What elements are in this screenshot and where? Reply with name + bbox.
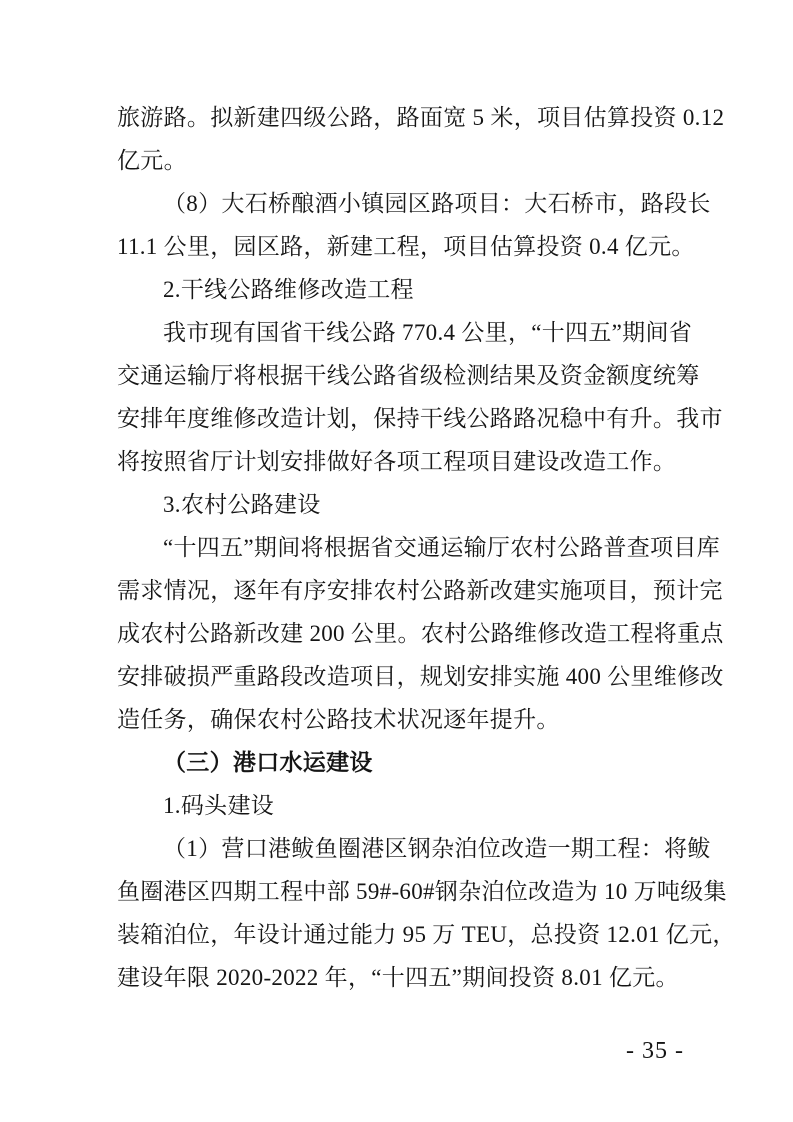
text-line: 建设年限 2020-2022 年，“十四五”期间投资 8.01 亿元。: [117, 956, 737, 999]
document-body: 旅游路。拟新建四级公路，路面宽 5 米，项目估算投资 0.12 亿元。 （8）大…: [117, 96, 737, 999]
text-line: 造任务，确保农村公路技术状况逐年提升。: [117, 698, 737, 741]
heading-rural-road-construction: 3.农村公路建设: [117, 483, 737, 526]
heading-wharf-construction: 1.码头建设: [117, 784, 737, 827]
heading-line: 1.码头建设: [117, 784, 737, 827]
paragraph-rural-road-construction: “十四五”期间将根据省交通运输厅农村公路普查项目库 需求情况，逐年有序安排农村公…: [117, 526, 737, 741]
text-line: 成农村公路新改建 200 公里。农村公路维修改造工程将重点: [117, 612, 737, 655]
heading-line: 2.干线公路维修改造工程: [117, 268, 737, 311]
text-line: “十四五”期间将根据省交通运输厅农村公路普查项目库: [117, 526, 737, 569]
paragraph-yingkou-port-berth-project: （1）营口港鲅鱼圈港区钢杂泊位改造一期工程：将鲅 鱼圈港区四期工程中部 59#-…: [117, 827, 737, 999]
text-line: （8）大石桥酿酒小镇园区路项目：大石桥市，路段长: [117, 182, 737, 225]
paragraph-dashiqiao-park-road-project: （8）大石桥酿酒小镇园区路项目：大石桥市，路段长 11.1 公里，园区路，新建工…: [117, 182, 737, 268]
text-line: 我市现有国省干线公路 770.4 公里，“十四五”期间省: [117, 311, 737, 354]
text-line: 11.1 公里，园区路，新建工程，项目估算投资 0.4 亿元。: [117, 225, 737, 268]
heading-line: （三）港口水运建设: [117, 741, 737, 784]
text-line: 安排年度维修改造计划，保持干线公路路况稳中有升。我市: [117, 397, 737, 440]
text-line: 亿元。: [117, 139, 737, 182]
text-line: 旅游路。拟新建四级公路，路面宽 5 米，项目估算投资 0.12: [117, 96, 737, 139]
heading-port-water-transport: （三）港口水运建设: [117, 741, 737, 784]
text-line: 安排破损严重路段改造项目，规划安排实施 400 公里维修改: [117, 655, 737, 698]
paragraph-tourist-road-continuation: 旅游路。拟新建四级公路，路面宽 5 米，项目估算投资 0.12 亿元。: [117, 96, 737, 182]
text-line: 鱼圈港区四期工程中部 59#-60#钢杂泊位改造为 10 万吨级集: [117, 870, 737, 913]
page-number: - 35 -: [626, 1036, 684, 1066]
text-line: 装箱泊位，年设计通过能力 95 万 TEU，总投资 12.01 亿元，: [117, 913, 737, 956]
text-line: （1）营口港鲅鱼圈港区钢杂泊位改造一期工程：将鲅: [117, 827, 737, 870]
text-line: 将按照省厅计划安排做好各项工程项目建设改造工作。: [117, 440, 737, 483]
heading-line: 3.农村公路建设: [117, 483, 737, 526]
text-line: 需求情况，逐年有序安排农村公路新改建实施项目，预计完: [117, 569, 737, 612]
text-line: 交通运输厅将根据干线公路省级检测结果及资金额度统筹: [117, 354, 737, 397]
document-page: 旅游路。拟新建四级公路，路面宽 5 米，项目估算投资 0.12 亿元。 （8）大…: [0, 0, 793, 1122]
heading-trunk-road-maintenance: 2.干线公路维修改造工程: [117, 268, 737, 311]
paragraph-trunk-road-maintenance: 我市现有国省干线公路 770.4 公里，“十四五”期间省 交通运输厅将根据干线公…: [117, 311, 737, 483]
